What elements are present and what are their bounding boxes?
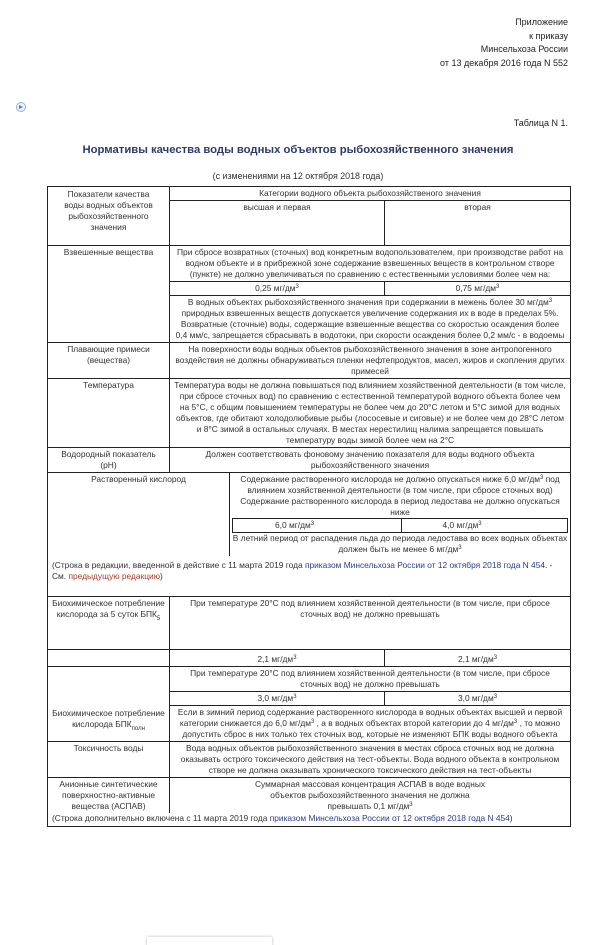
row-label-toxicity: Токсичность воды bbox=[48, 742, 170, 778]
row-label-ph: Водородный показатель (pH) bbox=[48, 448, 170, 473]
row-label-bod5: Биохимическое потребление кислорода за 5… bbox=[48, 597, 170, 650]
header-category-1: высшая и первая bbox=[170, 201, 385, 246]
table-row: Плавающие примеси (вещества) На поверхно… bbox=[48, 343, 571, 379]
table-row: Биохимическое потребление кислорода БПКп… bbox=[48, 667, 571, 692]
row-label-bodfull: Биохимическое потребление кислорода БПКп… bbox=[48, 667, 170, 742]
table-row: 2,1 мг/дм3 2,1 мг/дм3 bbox=[48, 650, 571, 667]
appendix-line: Минсельхоза России bbox=[440, 43, 568, 57]
row-text: Суммарная массовая концентрация АСПАВ в … bbox=[170, 778, 571, 814]
row-label-suspended: Взвешенные вещества bbox=[48, 246, 170, 343]
row-label-aspav: Анионные синтетические поверхностно-акти… bbox=[48, 778, 170, 814]
value-cat2: 3,0 мг/дм3 bbox=[385, 692, 571, 706]
appendix-header: Приложение к приказу Минсельхоза России … bbox=[440, 16, 568, 70]
row-text: При температуре 20°С под влиянием хозяйс… bbox=[170, 667, 571, 692]
revision-note: (Строка в редакции, введенной в действие… bbox=[48, 556, 571, 597]
table-row: Взвешенные вещества При сбросе возвратны… bbox=[48, 246, 571, 282]
revision-note: (Строка дополнительно включена с 11 март… bbox=[48, 813, 571, 827]
table-row: Биохимическое потребление кислорода за 5… bbox=[48, 597, 571, 650]
row-text: Если в зимний период содержание растворе… bbox=[170, 706, 571, 742]
table-row: Температура Температура воды не должна п… bbox=[48, 379, 571, 448]
row-text: Вода водных объектов рыбохозяйственного … bbox=[170, 742, 571, 778]
row-text: В водных объектах рыбохозяйственного зна… bbox=[170, 296, 571, 343]
value-cat2: 2,1 мг/дм3 bbox=[385, 650, 571, 667]
order-link[interactable]: приказом Минсельхоза России от 12 октябр… bbox=[305, 560, 545, 570]
row-text: На поверхности воды водных объектов рыбо… bbox=[170, 343, 571, 379]
row-label-temperature: Температура bbox=[48, 379, 170, 448]
row-text: При температуре 20°С под влиянием хозяйс… bbox=[170, 597, 571, 650]
row-label-floating: Плавающие примеси (вещества) bbox=[48, 343, 170, 379]
appendix-line: от 13 декабря 2016 года N 552 bbox=[440, 57, 568, 71]
page-title: Нормативы качества воды водных объектов … bbox=[0, 145, 596, 156]
row-label-oxygen: Растворенный кислород bbox=[48, 473, 230, 557]
header-category-2: вторая bbox=[385, 201, 571, 246]
value-cat2: 0,75 мг/дм3 bbox=[385, 282, 571, 296]
table-row: Растворенный кислород Содержание раствор… bbox=[48, 473, 571, 557]
appendix-line: к приказу bbox=[440, 30, 568, 44]
table-row-note: (Строка дополнительно включена с 11 март… bbox=[48, 813, 571, 827]
table-row: Токсичность воды Вода водных объектов ры… bbox=[48, 742, 571, 778]
header-categories: Категории водного объекта рыбохозяйствен… bbox=[170, 187, 571, 201]
row-text: Температура воды не должна повышаться по… bbox=[170, 379, 571, 448]
page-subtitle: (с изменениями на 12 октября 2018 года) bbox=[0, 171, 596, 182]
header-indicator: Показатели качества воды водных объектов… bbox=[48, 187, 170, 246]
bottom-panel-tab[interactable] bbox=[147, 937, 272, 945]
table-row-note: (Строка в редакции, введенной в действие… bbox=[48, 556, 571, 597]
previous-edition-link[interactable]: предыдущую редакцию bbox=[68, 571, 160, 581]
value-cat1: 2,1 мг/дм3 bbox=[170, 650, 385, 667]
table-number: Таблица N 1. bbox=[514, 118, 568, 129]
table-header-row: Показатели качества воды водных объектов… bbox=[48, 187, 571, 201]
order-link[interactable]: приказом Минсельхоза России от 12 октябр… bbox=[270, 813, 510, 823]
value-cat1: 3,0 мг/дм3 bbox=[170, 692, 385, 706]
row-text: Содержание растворенного кислорода не до… bbox=[230, 473, 571, 557]
table-row: Водородный показатель (pH) Должен соотве… bbox=[48, 448, 571, 473]
arrow-right-circle-icon[interactable] bbox=[16, 102, 26, 112]
standards-table: Показатели качества воды водных объектов… bbox=[47, 186, 571, 827]
appendix-line: Приложение bbox=[440, 16, 568, 30]
value-cat1: 0,25 мг/дм3 bbox=[170, 282, 385, 296]
table-row: Анионные синтетические поверхностно-акти… bbox=[48, 778, 571, 814]
row-text: При сбросе возвратных (сточных) вод конк… bbox=[170, 246, 571, 282]
row-text: Должен соответствовать фоновому значению… bbox=[170, 448, 571, 473]
